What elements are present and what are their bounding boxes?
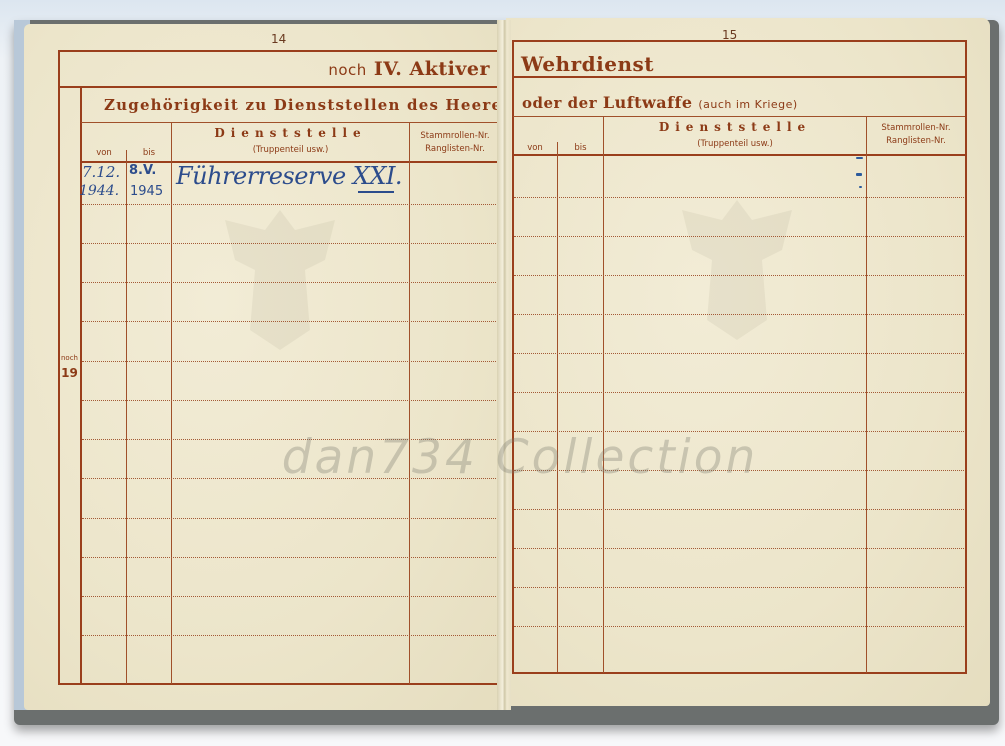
left-subtitle: Zugehörigkeit zu Dienststellen des Heere… [104,96,512,114]
collection-watermark: dan734 Collection [190,430,850,485]
col-divider [171,123,172,684]
table-row-line [514,509,964,510]
divider [513,116,965,117]
table-row-line [82,518,500,519]
underline-mark [358,191,394,193]
right-title: Wehrdienst [521,52,654,76]
table-row-line [514,197,964,198]
entry-von-line2: 1944. [79,183,119,199]
col-divider [126,150,127,684]
ink-mark [859,186,862,188]
table-row-line [82,321,500,322]
table-row-line [514,275,964,276]
header-divider [513,154,965,156]
subtitle-suffix: (auch im Kriege) [698,98,797,111]
col-header-ranglisten: Ranglisten-Nr. [867,136,965,146]
col-header-dienststelle-sub: (Truppenteil usw.) [604,139,866,149]
book-gutter [497,20,511,710]
margin-note-label: noch [59,354,80,362]
table-row-line [514,587,964,588]
col-header-dienststelle-sub: (Truppenteil usw.) [172,145,409,155]
entry-bis-line2: 1945 [130,184,163,199]
col-divider [866,116,867,673]
table-row-line [82,596,500,597]
col-divider [603,117,604,673]
ink-mark [856,157,863,159]
table-row-line [514,236,964,237]
col-header-ranglisten: Ranglisten-Nr. [410,144,500,154]
entry-bis-line1: 8.V. [129,163,156,178]
title-main: IV. Aktiver [374,58,490,80]
col-divider [409,123,410,684]
table-row-line [82,635,500,636]
table-row-line [82,243,500,244]
divider [512,76,967,78]
table-row-line [514,392,964,393]
table-row-line [514,626,964,627]
col-header-dienststelle: Dienststelle [604,120,866,134]
table-row-line [82,282,500,283]
table-row-line [514,353,964,354]
col-header-bis: bis [128,148,170,158]
table-row-line [514,314,964,315]
subtitle-prefix: oder der [522,94,597,112]
table-row-line [82,204,500,205]
col-header-stammrollen: Stammrollen-Nr. [410,131,500,141]
margin-note-number: 19 [59,366,80,380]
entry-dienststelle: Führerreserve XXI. [176,162,402,190]
subtitle-main: Luftwaffe [603,93,693,112]
entry-von-line1: 7.12. [82,163,120,181]
col-header-von: von [83,148,125,158]
table-row-line [514,548,964,549]
table-row-line [82,557,500,558]
ink-mark [856,173,862,176]
right-subtitle: oder der Luftwaffe (auch im Kriege) [522,93,798,112]
left-title: noch IV. Aktiver [328,58,490,80]
divider [81,122,501,123]
table-row-line [82,361,500,362]
col-header-von: von [513,143,557,153]
col-header-stammrollen: Stammrollen-Nr. [867,123,965,133]
col-header-dienststelle: Dienststelle [172,126,409,140]
page-number: 14 [271,32,286,46]
col-divider [557,142,558,672]
col-header-bis: bis [558,143,603,153]
table-row-line [82,400,500,401]
divider [58,86,502,88]
title-prefix: noch [328,61,366,79]
